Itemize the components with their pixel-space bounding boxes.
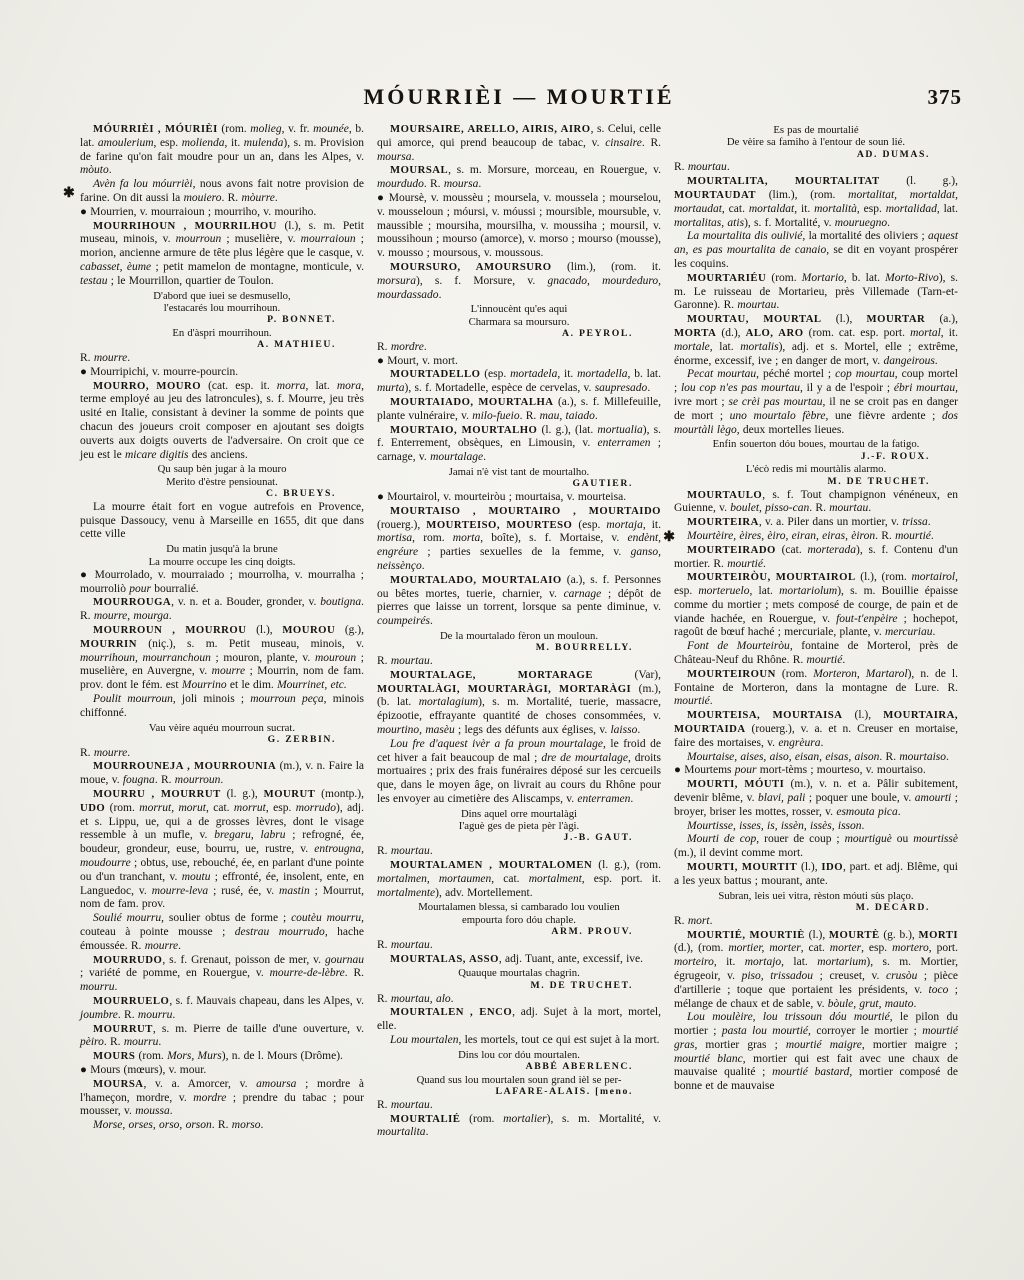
verse-citation: Jamai n'è vist tant de mourtalho.GAUTIER… xyxy=(377,466,661,490)
paragraph: Lou mourtalen, les mortels, tout ce qui … xyxy=(377,1034,661,1048)
paragraph: R. mourtau. xyxy=(377,845,661,859)
verse-line: L'innoucènt qu'es aqui xyxy=(377,303,661,315)
attribution: M. DE TRUCHET. xyxy=(377,980,661,992)
paragraph: Lou fre d'aquest ivèr a fa proun mourtal… xyxy=(377,738,661,807)
verse-line: Qu saup bèn jugar à la mouro xyxy=(80,463,364,475)
entry-paragraph: MOURTALEN , ENCO, adj. Sujet à la mort, … xyxy=(377,1006,661,1034)
entry-paragraph: MOURSAL, s. m. Morsure, morceau, en Roue… xyxy=(377,164,661,192)
verse-line: Charmara sa moursuro. xyxy=(377,316,661,328)
entry-paragraph: MOURTAU, MOURTAL (l.), MOURTAR (a.), MOR… xyxy=(674,313,958,368)
cross-reference-note: ● Mours (mœurs), v. mour. xyxy=(80,1064,364,1078)
attribution: P. BONNET. xyxy=(80,314,364,326)
verse-line: Quand sus lou mourtalen soun grand ièl s… xyxy=(377,1074,661,1086)
verse-line: Enfin souerton dóu boues, mourtau de la … xyxy=(674,438,958,450)
verse-line: Mourtalamen blessa, si cambarado lou vou… xyxy=(377,901,661,913)
verse-citation: Qu saup bèn jugar à la mouroMerito d'èst… xyxy=(80,463,364,499)
paragraph: La mourre était fort en vogue autrefois … xyxy=(80,501,364,542)
verse-citation: Dins aquel orre mourtalàgiI'aguè ges de … xyxy=(377,808,661,844)
paragraph: R. mourtau. xyxy=(377,1099,661,1113)
entry-paragraph: MOURTARIÉU (rom. Mortario, b. lat. Morto… xyxy=(674,272,958,313)
entry-paragraph: MOURTALAMEN , MOURTALOMEN (l. g.), (rom.… xyxy=(377,859,661,900)
running-title: MÓURRIÈI — MOURTIÉ xyxy=(363,84,674,110)
verse-citation: L'écò redis mi mourtàlis alarmo.M. DE TR… xyxy=(674,463,958,487)
cross-reference-note: ● Mourrolado, v. mourraiado ; mourrolha,… xyxy=(80,569,364,597)
attribution: C. BRUEYS. xyxy=(80,488,364,500)
paragraph: La mourtalita dis oulivié, la mortalité … xyxy=(674,230,958,271)
verse-line: Merito d'èstre pensiounat. xyxy=(80,476,364,488)
verse-line: Jamai n'è vist tant de mourtalho. xyxy=(377,466,661,478)
verse-citation: Vau vèire aquéu mourroun sucrat.G. ZERBI… xyxy=(80,722,364,746)
entry-paragraph: MOURTI, MÓUTI (m.), v. n. et a. Pâlir su… xyxy=(674,778,958,819)
verse-citation: D'abord que iuei se desmusello,l'estacar… xyxy=(80,290,364,326)
entry-paragraph: MOURSA, v. a. Amorcer, v. amoursa ; mord… xyxy=(80,1078,364,1119)
verse-line: I'aguè ges de pieta pèr l'àgi. xyxy=(377,820,661,832)
entry-paragraph: MOURROUN , MOURROU (l.), MOUROU (g.), MO… xyxy=(80,624,364,693)
entry-paragraph: MÓURRIÈI , MÓURIÈI (rom. molieg, v. fr. … xyxy=(80,123,364,178)
entry-paragraph: MOURRU , MOURRUT (l. g.), MOURUT (montp.… xyxy=(80,788,364,912)
paragraph: R. mourre. xyxy=(80,747,364,761)
column-2: MOURSAIRE, ARELLO, AIRIS, AIRO, s. Celui… xyxy=(377,123,661,1140)
paragraph: R. mourtau. xyxy=(674,161,958,175)
paragraph: Poulit mourroun, joli minois ; mourroun … xyxy=(80,693,364,721)
verse-line: D'abord que iuei se desmusello, xyxy=(80,290,364,302)
entry-paragraph: MOURTADELLO (esp. mortadela, it. mortade… xyxy=(377,368,661,396)
entry-paragraph: MOURTEIRA, v. a. Piler dans un mortier, … xyxy=(674,516,958,530)
verse-citation: Quand sus lou mourtalen soun grand ièl s… xyxy=(377,1074,661,1098)
paragraph: R. mordre. xyxy=(377,341,661,355)
verse-citation: Dins lou cor dóu mourtalen.ABBÉ ABERLENC… xyxy=(377,1049,661,1073)
entry-paragraph: MOURS (rom. Mors, Murs), n. de l. Mours … xyxy=(80,1050,364,1064)
verse-citation: Subran, leis uei vitra, rèston móuti sùs… xyxy=(674,890,958,914)
entry-paragraph: MOURRIHOUN , MOURRILHOU (l.), s. m. Peti… xyxy=(80,220,364,289)
entry-paragraph: MOURTEIRÒU, MOURTAIROL (l.), (rom. morta… xyxy=(674,571,958,640)
entry-paragraph: MOURTALAGE, MORTARAGE (Var), MOURTALÀGI,… xyxy=(377,669,661,738)
entry-paragraph: MOURTEISA, MOURTAISA (l.), MOURTAIRA, MO… xyxy=(674,709,958,750)
verse-line: empourta foro dóu chaple. xyxy=(377,914,661,926)
verse-citation: De la mourtalado fèron un mouloun.M. BOU… xyxy=(377,630,661,654)
verse-citation: Quauque mourtalas chagrin.M. DE TRUCHET. xyxy=(377,967,661,991)
attribution: ARM. PROUV. xyxy=(377,926,661,938)
verse-citation: Mourtalamen blessa, si cambarado lou vou… xyxy=(377,901,661,937)
verse-citation: Enfin souerton dóu boues, mourtau de la … xyxy=(674,438,958,462)
paragraph: Soulié mourru, soulier obtus de forme ; … xyxy=(80,912,364,953)
attribution: AD. DUMAS. xyxy=(674,149,958,161)
attribution: M. DECARD. xyxy=(674,902,958,914)
entry-paragraph: MOURTI, MOURTIT (l.), IDO, part. et adj.… xyxy=(674,861,958,889)
attribution: M. BOURRELLY. xyxy=(377,642,661,654)
paragraph: Pecat mourtau, péché mortel ; cop mourta… xyxy=(674,368,958,437)
paragraph: R. mourtau. xyxy=(377,655,661,669)
cross-reference-note: ● Mourtems pour mort-tèms ; mourteso, v.… xyxy=(674,764,958,778)
entry-paragraph: MOURSAIRE, ARELLO, AIRIS, AIRO, s. Celui… xyxy=(377,123,661,164)
cross-reference-note: ● Mourt, v. mort. xyxy=(377,355,661,369)
verse-line: Dins lou cor dóu mourtalen. xyxy=(377,1049,661,1061)
paragraph: Mourtaise, aises, aiso, eisan, eisas, ai… xyxy=(674,751,958,765)
entry-paragraph: MOURTALITA, MOURTALITAT (l. g.), MOURTAU… xyxy=(674,175,958,230)
cross-reference-note: ● Mourtairol, v. mourteiròu ; mourtaisa,… xyxy=(377,491,661,505)
entry-paragraph: MOURTIÉ, MOURTIÈ (l.), MOURTÈ (g. b.), M… xyxy=(674,929,958,1012)
verse-line: De vèire sa famiho à l'entour de soun li… xyxy=(674,136,958,148)
verse-line: En d'àspri mourrihoun. xyxy=(80,327,364,339)
attribution: LAFARE-ALAIS. [meno. xyxy=(377,1086,661,1098)
entry-paragraph: MOURTAISO , MOURTAIRO , MOURTAIDO (rouer… xyxy=(377,505,661,574)
page-header: MÓURRIÈI — MOURTIÉ 375 xyxy=(80,84,958,114)
entry-paragraph: MOURTAIADO, MOURTALHA (a.), s. f. Millef… xyxy=(377,396,661,424)
entry-paragraph: MOURTALADO, MOURTALAIO (a.), s. f. Perso… xyxy=(377,574,661,629)
entry-paragraph: MOURRO, MOURO (cat. esp. it. morra, lat.… xyxy=(80,380,364,463)
verse-citation: Es pas de mourtaliéDe vèire sa famiho à … xyxy=(674,124,958,160)
verse-citation: En d'àspri mourrihoun.A. MATHIEU. xyxy=(80,327,364,351)
entry-paragraph: MOURRUT, s. m. Pierre de taille d'une ou… xyxy=(80,1023,364,1051)
verse-line: l'estacarés lou mourrihoun. xyxy=(80,302,364,314)
entry-paragraph: MOURTEIRADO (cat. morterada), s. f. Cont… xyxy=(674,544,958,572)
paragraph: R. mourtau. xyxy=(377,939,661,953)
entry-paragraph: MOURRUELO, s. f. Mauvais chapeau, dans l… xyxy=(80,995,364,1023)
attribution: A. MATHIEU. xyxy=(80,339,364,351)
verse-line: Du matin jusqu'à la brune xyxy=(80,543,364,555)
verse-line: L'écò redis mi mourtàlis alarmo. xyxy=(674,463,958,475)
verse-citation: L'innoucènt qu'es aquiCharmara sa moursu… xyxy=(377,303,661,339)
paragraph: Morse, orses, orso, orson. R. morso. xyxy=(80,1119,364,1133)
cross-reference-note: ● Moursè, v. moussèu ; moursela, v. mous… xyxy=(377,192,661,261)
paragraph: R. mourtau, alo. xyxy=(377,993,661,1007)
verse-line: De la mourtalado fèron un mouloun. xyxy=(377,630,661,642)
paragraph: Mourtisse, isses, is, issèn, issès, isso… xyxy=(674,820,958,834)
entry-paragraph: MOURROUGA, v. n. et a. Bouder, gronder, … xyxy=(80,596,364,624)
verse-citation: Du matin jusqu'à la bruneLa mourre occup… xyxy=(80,543,364,568)
paragraph: R. mort. xyxy=(674,915,958,929)
verse-line: La mourre occupe les cinq doigts. xyxy=(80,556,364,568)
margin-asterisk-icon: ✱ xyxy=(63,188,75,200)
verse-line: Dins aquel orre mourtalàgi xyxy=(377,808,661,820)
attribution: M. DE TRUCHET. xyxy=(674,476,958,488)
attribution: J.-F. ROUX. xyxy=(674,451,958,463)
paragraph: Avèn fa lou móurrièi, nous avons fait no… xyxy=(80,178,364,206)
verse-line: Vau vèire aquéu mourroun sucrat. xyxy=(80,722,364,734)
paragraph: Mourti de cop, rouer de coup ; mourtiguè… xyxy=(674,833,958,861)
attribution: G. ZERBIN. xyxy=(80,734,364,746)
entry-paragraph: MOURRUDO, s. f. Grenaut, poisson de mer,… xyxy=(80,954,364,995)
verse-line: Es pas de mourtalié xyxy=(674,124,958,136)
cross-reference-note: ● Mourrien, v. mourraioun ; mourriho, v.… xyxy=(80,206,364,220)
verse-line: Subran, leis uei vitra, rèston móuti sùs… xyxy=(674,890,958,902)
entry-paragraph: MOURTEIROUN (rom. Morteron, Martarol), n… xyxy=(674,668,958,709)
dictionary-columns: MÓURRIÈI , MÓURIÈI (rom. molieg, v. fr. … xyxy=(80,123,958,1140)
column-3: Es pas de mourtaliéDe vèire sa famiho à … xyxy=(674,123,958,1140)
dictionary-page: MÓURRIÈI — MOURTIÉ 375 MÓURRIÈI , MÓURIÈ… xyxy=(0,0,1024,1140)
page-number: 375 xyxy=(928,85,963,110)
paragraph: Font de Mourteiròu, fontaine de Morterol… xyxy=(674,640,958,668)
paragraph: Lou moulèire, lou trissoun dóu mourtié, … xyxy=(674,1011,958,1094)
paragraph: Mourtèire, èires, èiro, eiran, eiras, èi… xyxy=(674,530,958,544)
attribution: A. PEYROL. xyxy=(377,328,661,340)
entry-paragraph: MOURTAIO, MOURTALHO (l. g.), (lat. mortu… xyxy=(377,424,661,465)
cross-reference-note: ● Mourripichi, v. mourre-pourcin. xyxy=(80,366,364,380)
entry-paragraph: MOURTALIÉ (rom. mortalier), s. m. Mortal… xyxy=(377,1113,661,1141)
entry-paragraph: MOURTAULO, s. f. Tout champignon vénéneu… xyxy=(674,489,958,517)
column-1: MÓURRIÈI , MÓURIÈI (rom. molieg, v. fr. … xyxy=(80,123,364,1140)
entry-paragraph: MOURTALAS, ASSO, adj. Tuant, ante, exces… xyxy=(377,953,661,967)
attribution: ABBÉ ABERLENC. xyxy=(377,1061,661,1073)
entry-paragraph: MOURSURO, AMOURSURO (lim.), (rom. it. mo… xyxy=(377,261,661,302)
attribution: GAUTIER. xyxy=(377,478,661,490)
verse-line: Quauque mourtalas chagrin. xyxy=(377,967,661,979)
paragraph: R. mourre. xyxy=(80,352,364,366)
attribution: J.-B. GAUT. xyxy=(377,832,661,844)
entry-paragraph: MOURROUNEJA , MOURROUNIA (m.), v. n. Fai… xyxy=(80,760,364,788)
